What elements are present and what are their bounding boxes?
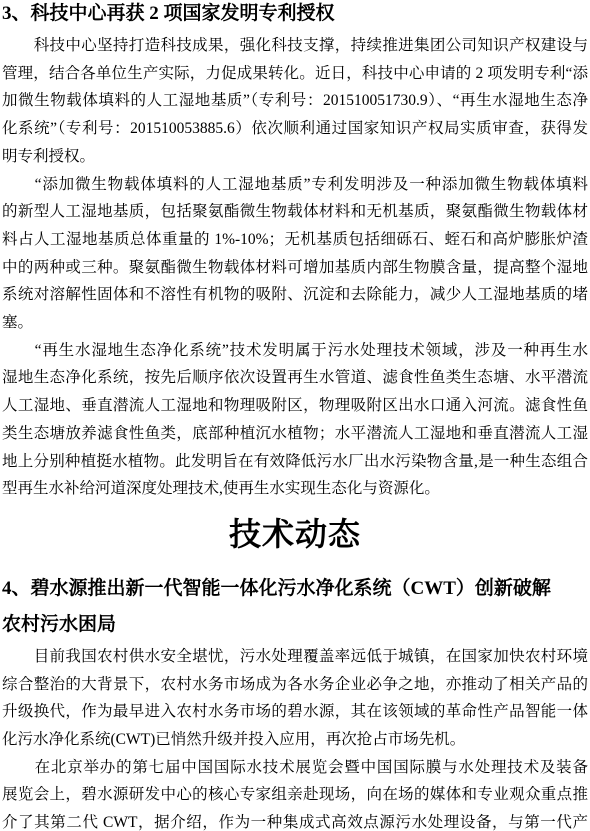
text-line: 地上分别种植挺水植物。此发明旨在有效降低污水厂出水污染物含量,是一种生态组合 (2, 448, 588, 476)
text-line: 中的两种或三种。聚氨酯微生物载体材料可增加基质内部生物膜含量，提高整个湿地 (2, 254, 588, 282)
paragraph-expo-cwt: 在北京举办的第七届中国国际水技术展览会暨中国国际膜与水处理技术及装备 展览会上，… (2, 754, 588, 831)
text-line: 在北京举办的第七届中国国际水技术展览会暨中国国际膜与水处理技术及装备 (2, 754, 588, 782)
paragraph-reclaimed-water-system: “再生水湿地生态净化系统”技术发明属于污水处理技术领域，涉及一种再生水 湿地生态… (2, 337, 588, 503)
document-page: 3、科技中心再获 2 项国家发明专利授权 科技中心坚持打造科技成果，强化科技支撑… (0, 0, 590, 831)
text-line: 介了其第二代 CWT，据介绍，作为一种集成式高效点源污水处理设备，与第一代产 (2, 809, 588, 831)
text-line: 系统对溶解性固体和不溶性有机物的吸附、沉淀和去除能力，减少人工湿地基质的堵 (2, 281, 588, 309)
article-3-heading: 3、科技中心再获 2 项国家发明专利授权 (2, 0, 588, 28)
text-line: 加微生物载体填料的人工湿地基质”（专利号：201510051730.9）、“再生… (2, 87, 588, 115)
paragraph-rural-water-market: 目前我国农村供水安全堪忧，污水处理覆盖率远低于城镇，在国家加快农村环境 综合整治… (2, 643, 588, 754)
text-line: 型再生水补给河道深度处理技术,使再生水实现生态化与资源化。 (2, 475, 588, 503)
text-line: 化系统”（专利号：201510053885.6）依次顺利通过国家知识产权局实质审… (2, 115, 588, 143)
text-line: 管理，结合各单位生产实际，力促成果转化。近日，科技中心申请的 2 项发明专利“添 (2, 60, 588, 88)
heading-line: 4、碧水源推出新一代智能一体化污水净化系统（CWT）创新破解 (2, 571, 588, 607)
text-line: 的新型人工湿地基质，包括聚氨酯微生物载体材料和无机基质，聚氨酯微生物载体材 (2, 198, 588, 226)
article-4-heading: 4、碧水源推出新一代智能一体化污水净化系统（CWT）创新破解 农村污水困局 (2, 571, 588, 643)
text-line: 湿地生态净化系统，按先后顺序依次设置再生水管道、滤食性鱼类生态塘、水平潜流 (2, 364, 588, 392)
section-title: 技术动态 (2, 513, 588, 555)
text-line: 升级换代，作为最早进入农村水务市场的碧水源，其在该领域的革命性产品智能一体 (2, 698, 588, 726)
text-line: 展览会上，碧水源研发中心的核心专家组亲赴现场，向在场的媒体和专业观众重点推 (2, 781, 588, 809)
text-line: 目前我国农村供水安全堪忧，污水处理覆盖率远低于城镇，在国家加快农村环境 (2, 643, 588, 671)
paragraph-patent-intro: 科技中心坚持打造科技成果，强化科技支撑，持续推进集团公司知识产权建设与 管理，结… (2, 32, 588, 171)
text-line: 化污水净化系统(CWT)已悄然升级并投入应用，再次抢占市场先机。 (2, 726, 588, 754)
text-line: 科技中心坚持打造科技成果，强化科技支撑，持续推进集团公司知识产权建设与 (2, 32, 588, 60)
text-line: “添加微生物载体填料的人工湿地基质”专利发明涉及一种添加微生物载体填料 (2, 171, 588, 199)
text-line: 塞。 (2, 309, 588, 337)
text-line: 料占人工湿地基质总体重量的 1%-10%；无机基质包括细砾石、蛭石和高炉膨胀炉渣 (2, 226, 588, 254)
text-line: “再生水湿地生态净化系统”技术发明属于污水处理技术领域，涉及一种再生水 (2, 337, 588, 365)
text-line: 明专利授权。 (2, 143, 588, 171)
text-line: 综合整治的大背景下，农村水务市场成为各水务企业必争之地，亦推动了相关产品的 (2, 671, 588, 699)
paragraph-wetland-substrate: “添加微生物载体填料的人工湿地基质”专利发明涉及一种添加微生物载体填料 的新型人… (2, 171, 588, 337)
heading-line: 农村污水困局 (2, 607, 588, 643)
text-line: 类生态塘放养滤食性鱼类，底部种植沉水植物；水平潜流人工湿地和垂直潜流人工湿 (2, 420, 588, 448)
text-line: 人工湿地、垂直潜流人工湿地和物理吸附区，物理吸附区出水口通入河流。滤食性鱼 (2, 392, 588, 420)
